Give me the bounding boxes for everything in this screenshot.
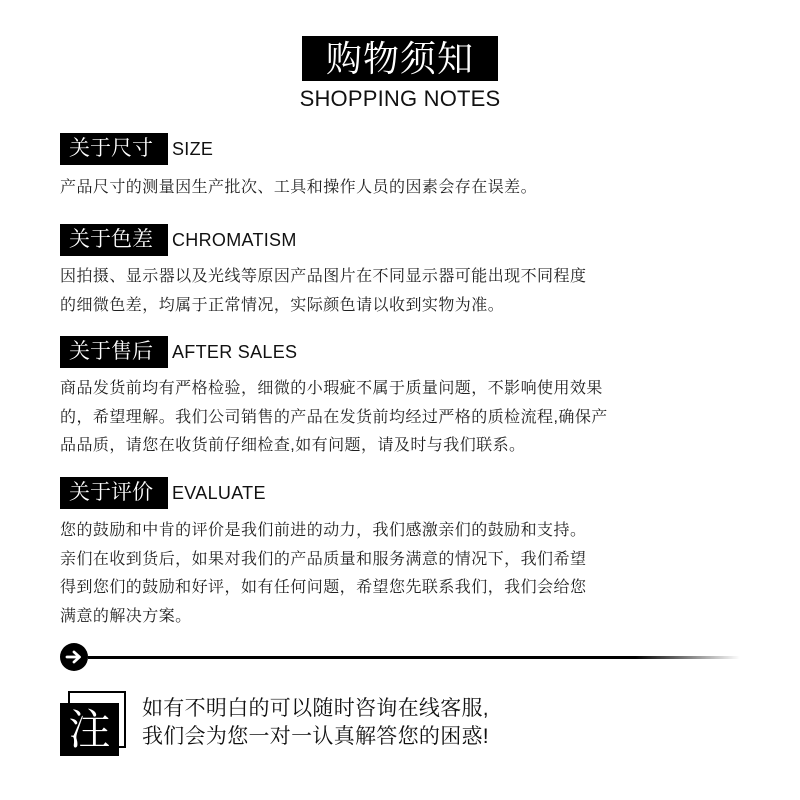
section-label-en: EVALUATE — [172, 483, 266, 504]
section-label-cn: 关于售后 — [60, 336, 168, 368]
section-label-en: AFTER SALES — [172, 342, 297, 363]
body-line: 商品发货前均有严格检验，细微的小瑕疵不属于质量问题，不影响使用效果 — [60, 375, 608, 404]
section-heading-size: 关于尺寸 SIZE — [60, 133, 213, 165]
body-line: 亲们在收到货后，如果对我们的产品质量和服务满意的情况下，我们希望 — [60, 546, 586, 575]
page-title: 购物须知 — [302, 36, 498, 81]
body-line: 得到您们的鼓励和好评，如有任何问题，希望您先联系我们，我们会给您 — [60, 574, 586, 603]
note-text: 如有不明白的可以随时咨询在线客服, 我们会为您一对一认真解答您的困惑! — [142, 695, 489, 751]
section-heading-evaluate: 关于评价 EVALUATE — [60, 477, 266, 509]
note-line: 如有不明白的可以随时咨询在线客服, — [142, 695, 489, 723]
body-line: 满意的解决方案。 — [60, 603, 586, 632]
section-body-evaluate: 您的鼓励和中肯的评价是我们前进的动力，我们感激亲们的鼓励和支持。 亲们在收到货后… — [60, 517, 586, 631]
section-label-cn: 关于尺寸 — [60, 133, 168, 165]
page-subtitle: SHOPPING NOTES — [0, 86, 800, 112]
section-body-size: 产品尺寸的测量因生产批次、工具和操作人员的因素会存在误差。 — [60, 174, 537, 203]
body-line: 品品质，请您在收货前仔细检查,如有问题，请及时与我们联系。 — [60, 432, 608, 461]
section-heading-after-sales: 关于售后 AFTER SALES — [60, 336, 297, 368]
section-label-en: SIZE — [172, 139, 213, 160]
body-line: 因拍摄、显示器以及光线等原因产品图片在不同显示器可能出现不同程度 — [60, 263, 586, 292]
section-label-cn: 关于评价 — [60, 477, 168, 509]
note-badge: 注 — [60, 703, 119, 756]
divider-line — [88, 656, 740, 659]
note-line: 我们会为您一对一认真解答您的困惑! — [142, 723, 489, 751]
section-body-after-sales: 商品发货前均有严格检验，细微的小瑕疵不属于质量问题，不影响使用效果 的，希望理解… — [60, 375, 608, 461]
body-line: 产品尺寸的测量因生产批次、工具和操作人员的因素会存在误差。 — [60, 174, 537, 203]
section-label-cn: 关于色差 — [60, 224, 168, 256]
arrow-right-icon — [65, 649, 83, 665]
section-body-chromatism: 因拍摄、显示器以及光线等原因产品图片在不同显示器可能出现不同程度 的细微色差，均… — [60, 263, 586, 320]
arrow-right-circle-icon — [60, 643, 88, 671]
body-line: 您的鼓励和中肯的评价是我们前进的动力，我们感激亲们的鼓励和支持。 — [60, 517, 586, 546]
section-heading-chromatism: 关于色差 CHROMATISM — [60, 224, 297, 256]
body-line: 的，希望理解。我们公司销售的产品在发货前均经过严格的质检流程,确保产 — [60, 404, 608, 433]
divider — [60, 643, 750, 671]
section-label-en: CHROMATISM — [172, 230, 297, 251]
body-line: 的细微色差，均属于正常情况，实际颜色请以收到实物为准。 — [60, 292, 586, 321]
